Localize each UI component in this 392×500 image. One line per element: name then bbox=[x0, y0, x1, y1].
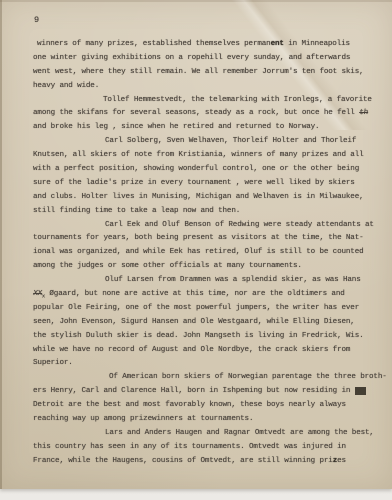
document-line: France, while the Haugens, cousins of Om… bbox=[33, 455, 370, 469]
document-line: still finding time to take a leap now an… bbox=[33, 205, 370, 219]
page-number: 9 bbox=[34, 15, 39, 25]
document-line: tournaments for years, both being presen… bbox=[33, 232, 370, 246]
document-line: Lars and Anders Haugen and Ragnar Omtved… bbox=[33, 427, 370, 441]
document-line: ional was organized, and while Eek has r… bbox=[33, 246, 370, 260]
text-segment: among the skifans for several seasons, s… bbox=[33, 109, 359, 117]
document-line: Carl Solberg, Sven Welhaven, Thorleif Ho… bbox=[33, 135, 370, 149]
document-line: sure of the ladie's prize in every tourn… bbox=[33, 177, 370, 191]
document-line: went west, where they still remain. We a… bbox=[33, 66, 370, 80]
document-line: Carl Eek and Oluf Benson of Redwing were… bbox=[33, 219, 370, 233]
text-segment: winners of many prizes, established them… bbox=[37, 40, 271, 48]
text-segment: ers Henry, Carl and Clarence Hall, born … bbox=[33, 387, 355, 395]
document-line: one winter giving exhibitions on a ropeh… bbox=[33, 52, 370, 66]
paragraph: Oluf Larsen from Drammen was a splendid … bbox=[33, 274, 370, 371]
document-line: Of American born skiers of Norwegian par… bbox=[33, 371, 370, 385]
document-line: among the skifans for several seasons, s… bbox=[33, 107, 370, 121]
document-line: reaching way up among prizewinners at to… bbox=[33, 413, 370, 427]
paragraph: Lars and Anders Haugen and Ragnar Omtved… bbox=[33, 427, 370, 469]
text-segment: in Minneapolis bbox=[284, 40, 350, 48]
text-segment: Øgaard, but none are active at this time… bbox=[45, 290, 345, 298]
document-line: Detroit are the best and most favorably … bbox=[33, 399, 370, 413]
document-line: while we have no record of August and Ol… bbox=[33, 344, 370, 358]
text-segment: France, while the Haugens, cousins of Om… bbox=[33, 457, 333, 465]
document-line: Knutsen, all skiers of note from Kristia… bbox=[33, 149, 370, 163]
document-line: the stylish Duluth skier is dead. John M… bbox=[33, 330, 370, 344]
document-line: popular Ole Feiring, one of the most pow… bbox=[33, 302, 370, 316]
document-line: and broke his leg , since when he retire… bbox=[33, 121, 370, 135]
document-line: and clubs. Holter lives in Munising, Mic… bbox=[33, 191, 370, 205]
text-segment-strike: th bbox=[358, 107, 369, 121]
document-line: seen, John Evenson, Sigurd Hansen and Ol… bbox=[33, 316, 370, 330]
paper-top-edge bbox=[0, 0, 392, 2]
text-segment-ov: ent bbox=[271, 40, 284, 48]
document-page: 9 winners of many prizes, established th… bbox=[0, 0, 392, 489]
document-text: winners of many prizes, established them… bbox=[33, 38, 370, 469]
document-line: Superior. bbox=[33, 357, 370, 371]
document-line: Oluf Larsen from Drammen was a splendid … bbox=[33, 274, 370, 288]
text-segment-redact: NB bbox=[355, 387, 366, 395]
document-line: with a perfect position, showing wonderf… bbox=[33, 163, 370, 177]
document-line: among the judges or some other officials… bbox=[33, 260, 370, 274]
paragraph: Carl Solberg, Sven Welhaven, Thorleif Ho… bbox=[33, 135, 370, 218]
document-line: winners of many prizes, established them… bbox=[33, 38, 370, 52]
document-line: XXx Øgaard, but none are active at this … bbox=[33, 288, 370, 302]
paragraph: Tollef Hemmestvedt, the telemarking with… bbox=[33, 94, 370, 136]
document-line: heavy and wide. bbox=[33, 80, 370, 94]
document-line: this country has seen in any of its tour… bbox=[33, 441, 370, 455]
paragraph: winners of many prizes, established them… bbox=[33, 38, 370, 94]
paragraph: Of American born skiers of Norwegian par… bbox=[33, 371, 370, 427]
paragraph: Carl Eek and Oluf Benson of Redwing were… bbox=[33, 219, 370, 275]
text-segment: es bbox=[337, 457, 346, 465]
document-line: Tollef Hemmestvedt, the telemarking with… bbox=[33, 94, 370, 108]
document-line: ers Henry, Carl and Clarence Hall, born … bbox=[33, 385, 370, 399]
paper-left-edge bbox=[0, 0, 2, 489]
